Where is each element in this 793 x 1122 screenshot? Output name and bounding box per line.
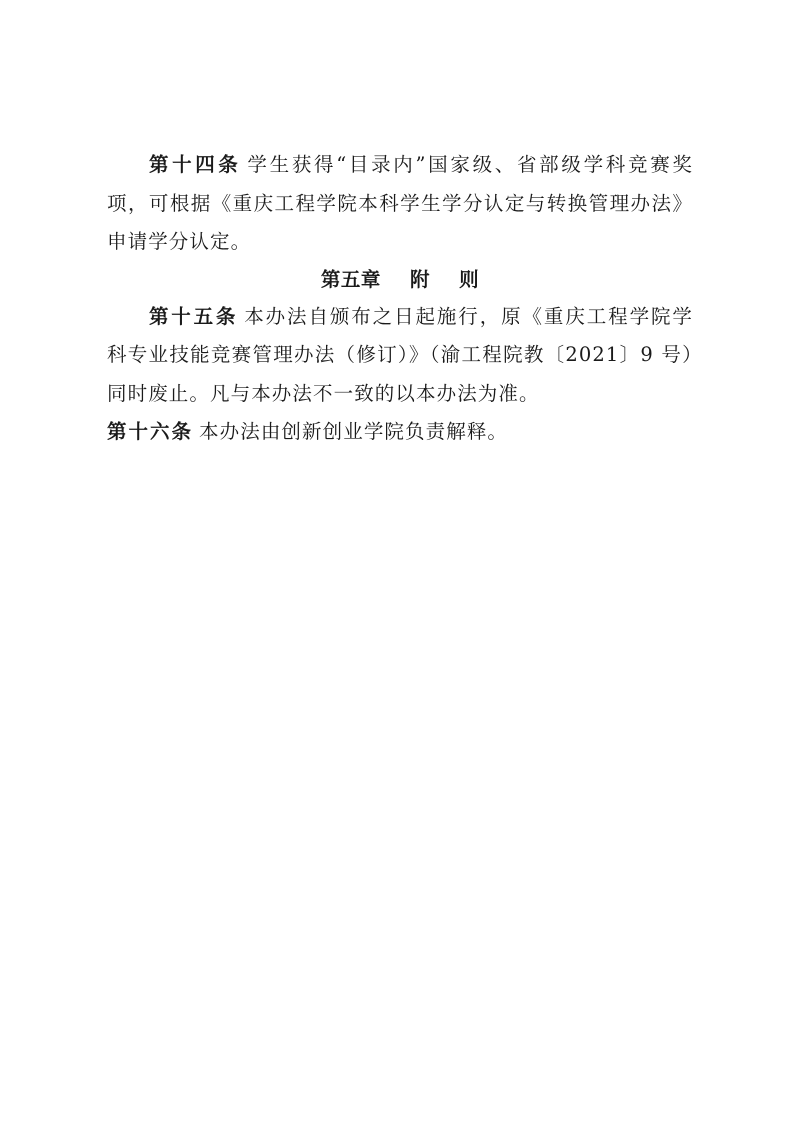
- article-number: 第十四条: [149, 153, 241, 176]
- article-text: 本办法由创新创业学院负责解释。: [199, 420, 508, 443]
- article-number: 第十六条: [107, 420, 193, 443]
- article-15: 第十五条本办法自颁布之日起施行，原《重庆工程学院学科专业技能竞赛管理办法（修订）…: [107, 298, 693, 414]
- article-number: 第十五条: [149, 305, 238, 328]
- article-14: 第十四条学生获得“目录内”国家级、省部级学科竞赛奖项，可根据《重庆工程学院本科学…: [107, 146, 693, 262]
- chapter-heading: 第五章 附 则: [107, 262, 693, 298]
- article-16: 第十六条本办法由创新创业学院负责解释。: [107, 413, 693, 452]
- document-page: 第十四条学生获得“目录内”国家级、省部级学科竞赛奖项，可根据《重庆工程学院本科学…: [107, 146, 693, 452]
